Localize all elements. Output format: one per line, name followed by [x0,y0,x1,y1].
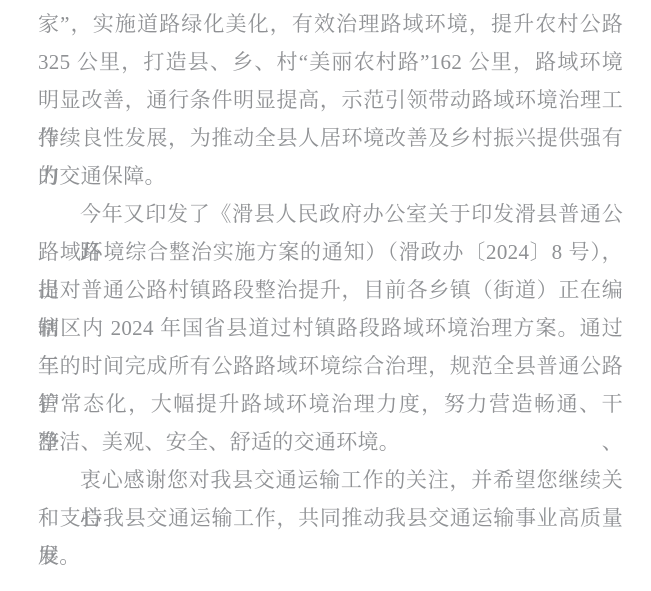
paragraph-start-line: 今年又印发了《滑县人民政府办公室关于印发滑县普通公路 [38,195,623,233]
text-line: 家”，实施道路绿化美化，有效治理路域环境，提升农村公路 [38,5,623,43]
text-line: 年的时间完成所有公路路域环境综合治理，规范全县普通公路管 [38,347,623,385]
text-line: 325 公里，打造县、乡、村“美丽农村路”162 公里，路域环境 [38,43,623,81]
text-line: 和支持我县交通运输工作，共同推动我县交通运输事业高质量发 [38,499,623,537]
text-line: 明显改善，通行条件明显提高，示范引领带动路域环境治理工作 [38,81,623,119]
text-line: 路域环境综合整治实施方案的通知）（滑政办〔2024〕8 号），提 [38,233,623,271]
text-line: 护常态化，大幅提升路域环境治理力度，努力营造畅通、干净、 [38,385,623,423]
text-line: 辖区内 2024 年国省县道过村镇路段路域环境治理方案。通过三 [38,309,623,347]
text-line: 持续良性发展，为推动全县人居环境改善及乡村振兴提供强有力 [38,119,623,157]
text-line: 出对普通公路村镇路段整治提升，目前各乡镇（街道）正在编制 [38,271,623,309]
document-page: 家”，实施道路绿化美化，有效治理路域环境，提升农村公路 325 公里，打造县、乡… [0,0,651,591]
letter-body: 家”，实施道路绿化美化，有效治理路域环境，提升农村公路 325 公里，打造县、乡… [38,5,623,575]
text-line: 的交通保障。 [38,157,623,195]
text-line: 展。 [38,537,623,575]
paragraph-start-line: 衷心感谢您对我县交通运输工作的关注，并希望您继续关心 [38,461,623,499]
